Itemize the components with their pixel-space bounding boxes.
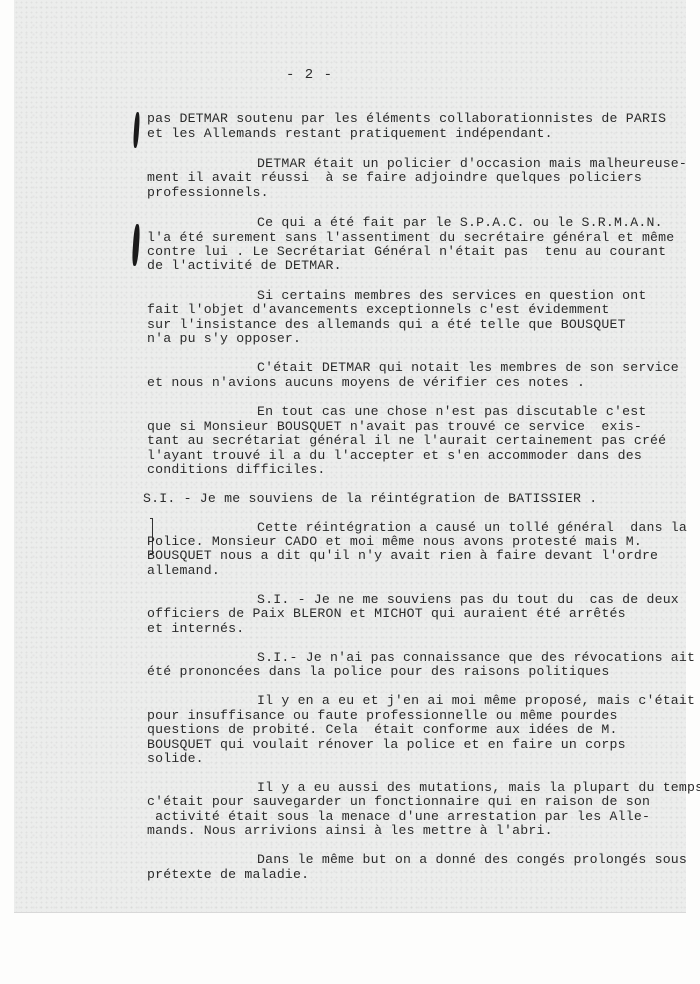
text-line: de l'activité de DETMAR. [147, 259, 342, 273]
text-line: été prononcées dans la police pour des r… [147, 665, 610, 679]
text-line: pour insuffisance ou faute professionnel… [147, 709, 618, 723]
text-line: questions de probité. Cela était conform… [147, 723, 618, 737]
text-line: n'a pu s'y opposer. [147, 332, 301, 346]
text-line: officiers de Paix BLERON et MICHOT qui a… [147, 607, 626, 621]
text-line: l'a été surement sans l'assentiment du s… [147, 231, 674, 245]
text-line: et nous n'avions aucuns moyens de vérifi… [147, 376, 585, 390]
text-line: conditions difficiles. [147, 463, 326, 477]
text-line: prétexte de maladie. [147, 868, 309, 882]
text-line: Il y en a eu et j'en ai moi même proposé… [257, 694, 695, 708]
text-line: fait l'objet d'avancements exceptionnels… [147, 303, 610, 317]
text-line: Police. Monsieur CADO et moi même nous a… [147, 535, 642, 549]
margin-mark-2 [132, 224, 141, 266]
text-line: activité était sous la menace d'une arre… [147, 810, 650, 824]
text-line: allemand. [147, 564, 220, 578]
page-number: - 2 - [286, 67, 333, 83]
text-line: tant au secrétariat général il ne l'aura… [147, 434, 666, 448]
text-line: BOUSQUET qui voulait rénover la police e… [147, 738, 626, 752]
text-line: DETMAR était un policier d'occasion mais… [257, 157, 687, 171]
text-line: solide. [147, 752, 204, 766]
text-line: S.I. - Je me souviens de la réintégratio… [143, 492, 597, 506]
margin-mark-1 [133, 112, 140, 148]
text-line: Cette réintégration a causé un tollé gén… [257, 521, 687, 535]
text-line: C'était DETMAR qui notait les membres de… [257, 361, 679, 375]
text-line: Ce qui a été fait par le S.P.A.C. ou le … [257, 216, 663, 230]
text-line: professionnels. [147, 186, 269, 200]
text-line: ment il avait réussi à se faire adjoindr… [147, 171, 642, 185]
text-line: Il y a eu aussi des mutations, mais la p… [257, 781, 700, 795]
text-line: contre lui . Le Secrétariat Général n'ét… [147, 245, 666, 259]
text-line: Si certains membres des services en ques… [257, 289, 646, 303]
text-line: et les Allemands restant pratiquement in… [147, 127, 553, 141]
scanned-page: - 2 - pas DETMAR soutenu par les élément… [14, 0, 686, 913]
text-line: pas DETMAR soutenu par les éléments coll… [147, 112, 666, 126]
text-line: S.I. - Je ne me souviens pas du tout du … [257, 593, 679, 607]
text-line: S.I.- Je n'ai pas connaissance que des r… [257, 651, 695, 665]
text-line: et internés. [147, 622, 244, 636]
text-line: que si Monsieur BOUSQUET n'avait pas tro… [147, 420, 642, 434]
text-line: En tout cas une chose n'est pas discutab… [257, 405, 646, 419]
text-line: Dans le même but on a donné des congés p… [257, 853, 687, 867]
text-line: sur l'insistance des allemands qui a été… [147, 318, 626, 332]
text-line: c'était pour sauvegarder un fonctionnair… [147, 795, 650, 809]
text-line: mands. Nous arrivions ainsi à les mettre… [147, 824, 553, 838]
text-line: l'ayant trouvé il a du l'accepter et s'e… [147, 449, 642, 463]
text-line: BOUSQUET nous a dit qu'il n'y avait rien… [147, 549, 658, 563]
